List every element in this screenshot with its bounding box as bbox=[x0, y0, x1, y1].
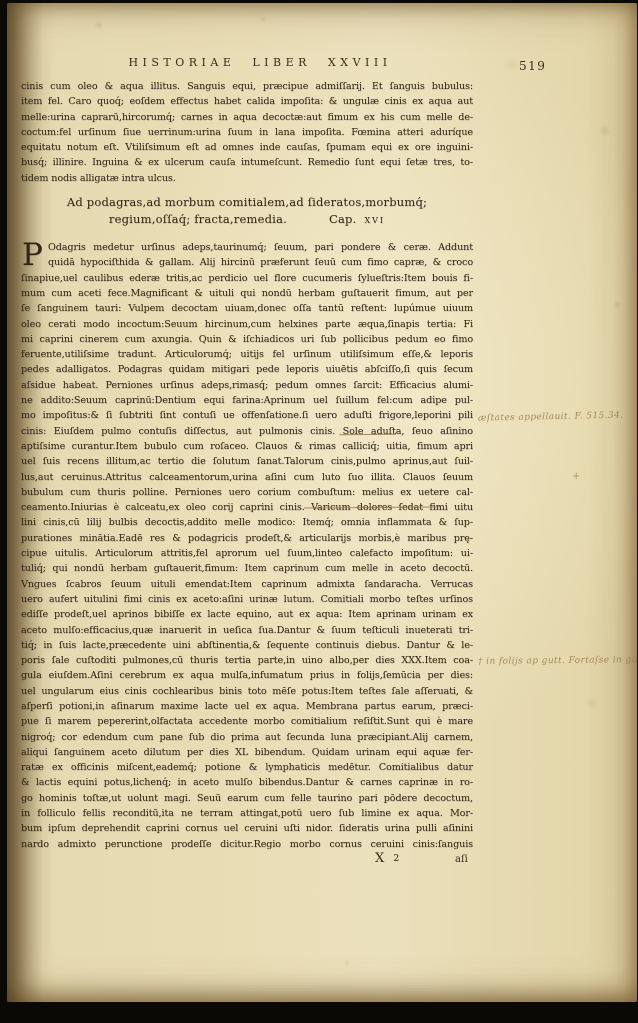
text-line: purationes minātia.Eadē res & podagricis… bbox=[21, 531, 473, 546]
signature-mark: X2 bbox=[375, 851, 399, 866]
ink-plus-mark: + bbox=[572, 471, 580, 482]
text-line: poris ſale cuſtoditi pulmones,cū thuris … bbox=[21, 653, 473, 668]
text-line: bum ipſum deprehendit caprini cornus uel… bbox=[21, 821, 473, 836]
handwritten-margin-note-middle: † in folijs ap gutt. Fortaſse in gallis bbox=[478, 655, 637, 667]
text-line: & lactis equini potus,lichenq́; in aceto… bbox=[21, 775, 473, 790]
text-line: tiq́; in ſuis lacte,præcedente uini abſt… bbox=[21, 638, 473, 653]
footer-row: X2 aſi bbox=[7, 851, 637, 869]
text-line: tidem nodis alligatæ intra ulcus. bbox=[21, 171, 473, 186]
text-line: lus,aut ceruinus.Attritus calceamentorum… bbox=[21, 470, 473, 485]
text-line: Vngues ſcabros ſeuum uituli emendat:Item… bbox=[21, 577, 473, 592]
text-line: cipue uitulis. Articulorum attritis,fel … bbox=[21, 546, 473, 561]
text-line: quidā hypociſthida & gallam. Alij hircin… bbox=[21, 255, 473, 270]
chapter-lines: Odagris medetur urſinus adeps,taurinumq́… bbox=[21, 240, 473, 852]
text-line: aceto mulſo:efficacius,quæ inaruerit in … bbox=[21, 623, 473, 638]
text-line: pue ſi marem pepererint,olfactata accede… bbox=[21, 714, 473, 729]
text-line: item fel. Caro quoq́; eoſdem effectus ha… bbox=[21, 94, 473, 109]
text-line: uel ungularum eius cinis cochlearibus bi… bbox=[21, 684, 473, 699]
text-line: ediſſe prodeſt,uel aprinos bibiſſe ex la… bbox=[21, 607, 473, 622]
text-line: go hominis toſtæ,ut uolunt magi. Seuū ea… bbox=[21, 791, 473, 806]
signature-letter: X bbox=[375, 851, 384, 866]
text-line: ratæ ex officinis miſcent,eademq́; potio… bbox=[21, 760, 473, 775]
text-column: cinis cum oleo & aqua illitus. Sanguis e… bbox=[21, 79, 473, 852]
text-line: aſperſi potioni,in aſinarum maxime lacte… bbox=[21, 699, 473, 714]
text-line: nardo admixto perunctione prodeſſe dicit… bbox=[21, 837, 473, 852]
text-line: uero aufert uitulini fimi cinis ex aceto… bbox=[21, 592, 473, 607]
heading-line-2: regium,oſſaq́; fracta,remedia.Cap.xvi bbox=[21, 211, 473, 228]
chapter-paragraph: P Odagris medetur urſinus adeps,taurinum… bbox=[21, 240, 473, 852]
text-line: busq́; illinire. Inguina & ex ulcerum ca… bbox=[21, 155, 473, 170]
text-line: pedes adalligatos. Podagras quidam mitig… bbox=[21, 362, 473, 377]
text-line: ſe ſanguinem tauri: Vulpem decoctam uiua… bbox=[21, 301, 473, 316]
text-line: Odagris medetur urſinus adeps,taurinumq́… bbox=[21, 240, 473, 255]
header-title: HISTORIAE LIBER XXVIII bbox=[128, 56, 391, 69]
chapter-cap-number: xvi bbox=[364, 212, 385, 226]
page-number: 519 bbox=[519, 59, 546, 73]
text-line: ne addito:Seuum caprinū:Dentium equi far… bbox=[21, 393, 473, 408]
text-line: aliqui ſanguinem aceto dilutum per dies … bbox=[21, 745, 473, 760]
text-line: oleo cerati modo incoctum:Seuum hircinum… bbox=[21, 317, 473, 332]
text-line: cinis: Eiuſdem pulmo contuſis diſſectus,… bbox=[21, 424, 473, 439]
text-line: nigroq́; cor edendum cum pane ſub dio pr… bbox=[21, 730, 473, 745]
chapter-cap-label: Cap. bbox=[329, 212, 356, 226]
chapter-heading: Ad podagras,ad morbum comitialem,ad ſide… bbox=[21, 194, 473, 228]
text-line: melle:urina caprarū,hircorumq́; carnes i… bbox=[21, 110, 473, 125]
running-header: HISTORIAE LIBER XXVIII bbox=[21, 56, 473, 69]
signature-number: 2 bbox=[393, 853, 399, 864]
heading-line-2-text: regium,oſſaq́; fracta,remedia. bbox=[109, 212, 287, 226]
text-line: gula eiuſdem.Aſini cerebrum ex aqua mulſ… bbox=[21, 668, 473, 683]
text-line: in folliculo fellis reconditū,ita ne ter… bbox=[21, 806, 473, 821]
text-line: mo impoſitus:& ſi ſubtriti ſint contuſi … bbox=[21, 408, 473, 423]
text-line: uel ſuis recens illitum,ac tertio die ſo… bbox=[21, 454, 473, 469]
text-line: mum cum aceti fece.Magnificant & uituli … bbox=[21, 286, 473, 301]
text-line: equitatu notum eſt. Vtiliſsimum eſt ad o… bbox=[21, 140, 473, 155]
text-line: aptiſsime curantur.Item bubulo cum roſac… bbox=[21, 439, 473, 454]
catchword: aſi bbox=[455, 854, 468, 865]
text-line: lini cinis,cū lilij bulbis decoctis,addi… bbox=[21, 515, 473, 530]
paragraph-continuation: cinis cum oleo & aqua illitus. Sanguis e… bbox=[21, 79, 473, 186]
text-line: aſsidue habeat. Perniones urſinus adeps,… bbox=[21, 378, 473, 393]
drop-cap-initial: P bbox=[22, 240, 43, 270]
heading-line-1: Ad podagras,ad morbum comitialem,ad ſide… bbox=[21, 194, 473, 211]
book-page-scan: HISTORIAE LIBER XXVIII 519 cinis cum ole… bbox=[7, 3, 637, 1002]
text-line: bubulum cum thuris polline. Perniones ue… bbox=[21, 485, 473, 500]
text-line: feruente,utiliſsime tradunt. Articulorum… bbox=[21, 347, 473, 362]
text-line: ſinapiue,uel caulibus ederæ tritis,ac pe… bbox=[21, 271, 473, 286]
text-line: cinis cum oleo & aqua illitus. Sanguis e… bbox=[21, 79, 473, 94]
text-line: coctum:fel urſinum ſiue uerrinum:urina ſ… bbox=[21, 125, 473, 140]
text-line: tuliq́; qui nondū herbam guſtauerit,fimu… bbox=[21, 561, 473, 576]
handwritten-margin-note-top: æſtates appellauit. F. 515.34. bbox=[478, 410, 634, 423]
text-line: mi caprini cinerem cum axungia. Quin & i… bbox=[21, 332, 473, 347]
